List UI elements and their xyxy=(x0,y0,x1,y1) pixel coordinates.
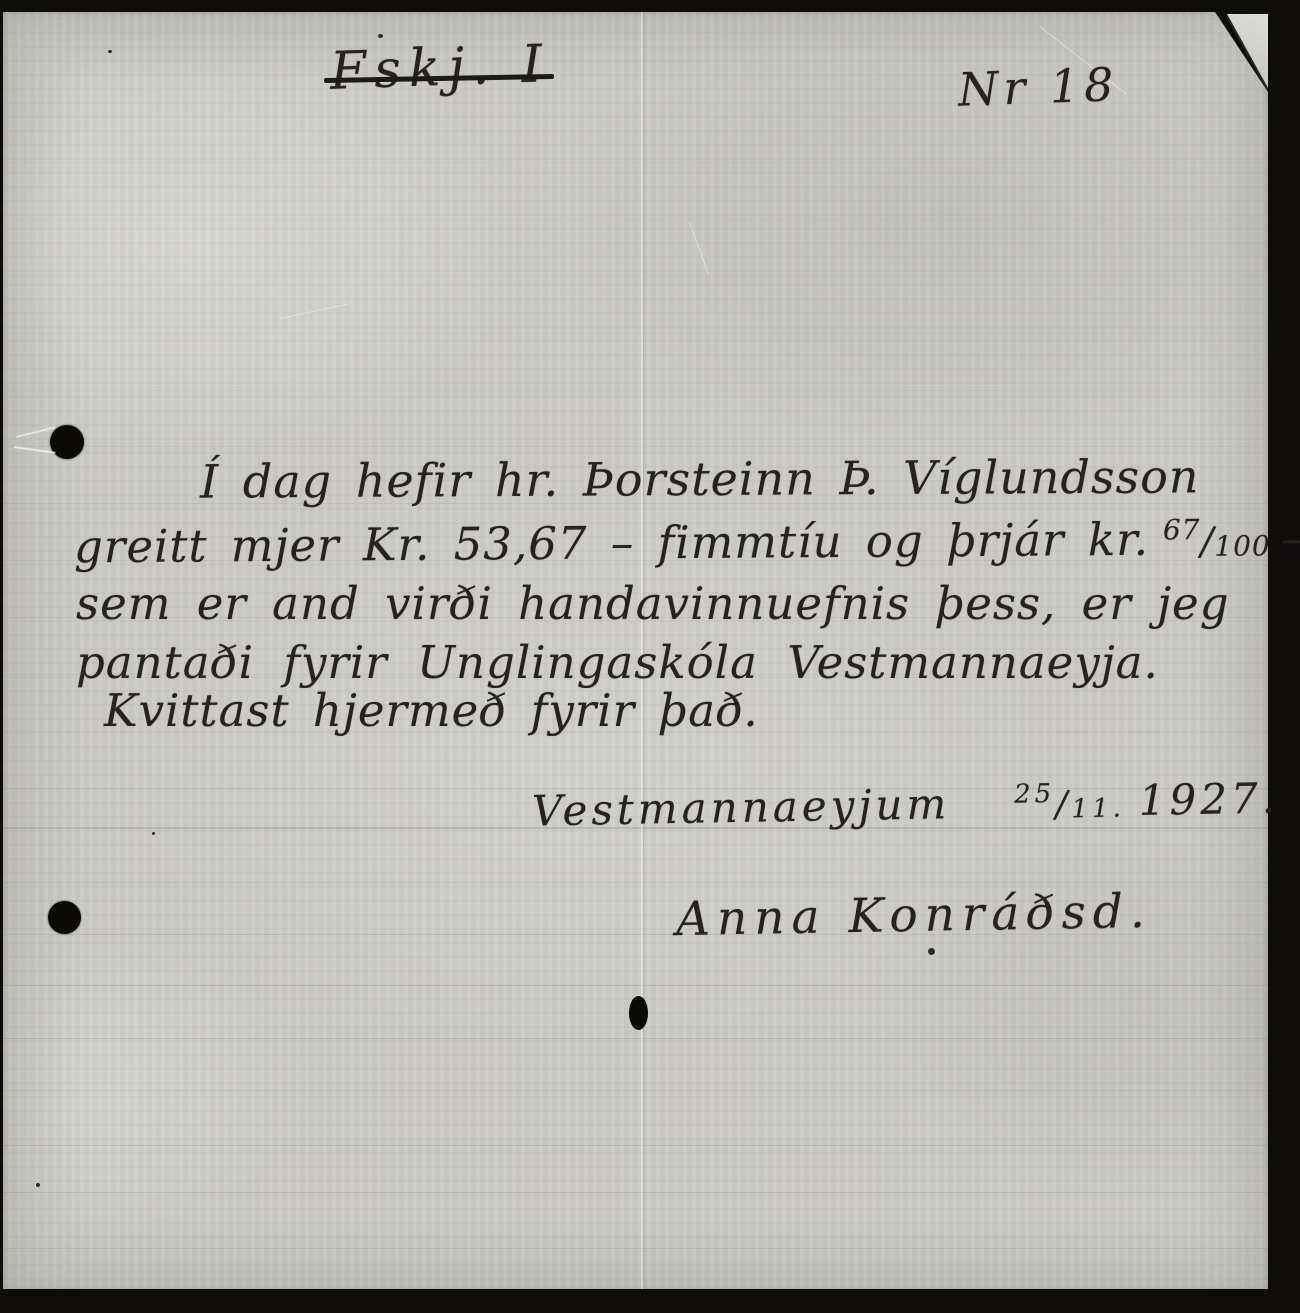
body-line-2-dash: – xyxy=(1280,512,1300,565)
body-line-4: pantaði fyrir Unglingaskóla Vestmannaeyj… xyxy=(76,636,1159,689)
ruled-line xyxy=(3,1090,1268,1091)
dateline-month: 11. xyxy=(1071,793,1125,824)
dateline-place: Vestmannaeyjum xyxy=(532,779,951,835)
fraction-slash: / xyxy=(1200,519,1214,564)
amount-fraction-numerator: 67 xyxy=(1163,513,1201,546)
dateline-date-fraction: 25/11. xyxy=(1014,776,1125,827)
ink-speck xyxy=(152,832,155,835)
ink-speck xyxy=(928,948,935,955)
ruled-line xyxy=(3,1038,1268,1039)
ruled-line xyxy=(3,446,1268,447)
ruled-line xyxy=(3,1145,1268,1146)
center-fold-hole xyxy=(629,996,648,1030)
ruled-line xyxy=(3,162,1268,163)
ink-speck xyxy=(378,34,383,38)
body-line-1: Í dag hefir hr. Þorsteinn Þ. Víglundsson xyxy=(200,449,1200,508)
body-line-2: greitt mjer Kr. 53,67 – fimmtíu og þrjár… xyxy=(74,512,1300,574)
ruled-line xyxy=(3,333,1268,334)
ruled-line xyxy=(3,985,1268,986)
hole-punch-bottom xyxy=(48,901,81,934)
body-line-3: sem er and virði handavinnuefnis þess, e… xyxy=(76,577,1230,630)
amount-fraction-denominator: 100 xyxy=(1214,529,1270,562)
exhibit-label: Fskj. I xyxy=(329,34,551,102)
scan-background: Fskj. I Nr 18 Í dag hefir hr. Þorsteinn … xyxy=(0,0,1300,1313)
ruled-line xyxy=(3,219,1268,220)
body-line-2-text: greitt mjer Kr. 53,67 – fimmtíu og þrjár… xyxy=(74,513,1149,574)
ruled-line xyxy=(3,276,1268,277)
ruled-line xyxy=(3,882,1268,883)
ink-speck xyxy=(36,1183,40,1187)
ruled-line xyxy=(3,390,1268,391)
document-number: Nr 18 xyxy=(957,57,1119,117)
dateline-day: 25 xyxy=(1014,779,1056,810)
ruled-line xyxy=(3,1192,1268,1193)
fraction-slash: / xyxy=(1055,784,1072,825)
amount-fraction: 67/100 xyxy=(1163,512,1271,566)
ruled-line xyxy=(3,1248,1268,1249)
dateline-year: 1927. xyxy=(1138,773,1279,824)
body-line-5: Kvittast hjermeð fyrir það. xyxy=(104,684,759,737)
ink-speck xyxy=(108,50,112,53)
signature-name: Anna Konráðsd. xyxy=(676,884,1153,947)
